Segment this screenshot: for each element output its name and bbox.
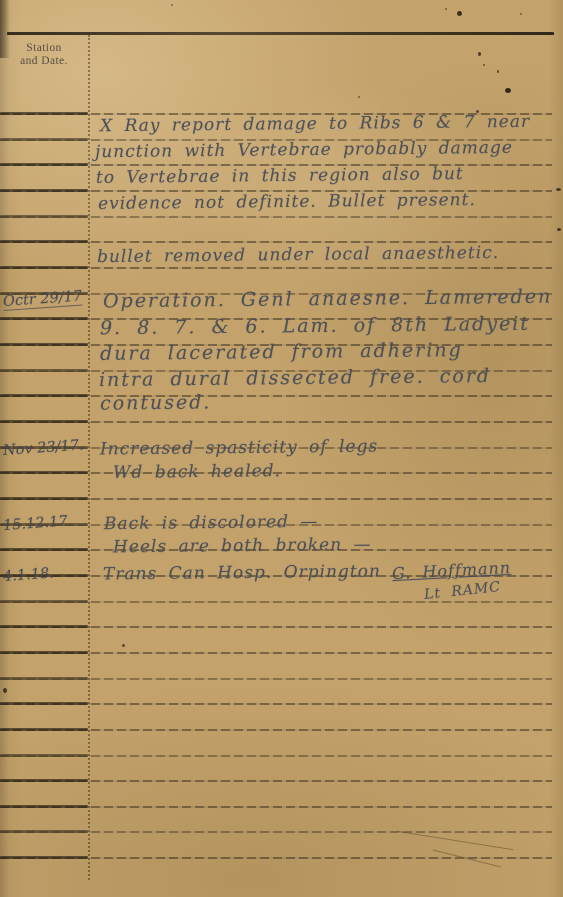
handwritten-line: Operation. Genl anaesne. Lamereden bbox=[103, 286, 552, 313]
ink-speck bbox=[171, 4, 173, 6]
handwritten-line: to Vertebrae in this region also but bbox=[96, 164, 464, 188]
scratch-mark bbox=[397, 831, 514, 850]
handwritten-line: contused. bbox=[100, 391, 212, 414]
ruled-line bbox=[0, 652, 552, 654]
column-header-station-and-date: Station and Date. bbox=[0, 42, 88, 68]
ink-speck bbox=[457, 11, 462, 16]
handwritten-line: Wd back healed. bbox=[113, 461, 281, 483]
ruled-line bbox=[0, 831, 552, 833]
handwritten-line: X Ray report damage to Ribs 6 & 7 near bbox=[100, 112, 530, 137]
ruled-line bbox=[0, 780, 552, 782]
handwritten-line: intra dural dissected free. cord bbox=[99, 365, 491, 391]
ink-speck bbox=[497, 70, 499, 73]
ink-speck bbox=[445, 8, 447, 10]
ink-speck bbox=[556, 188, 561, 191]
ink-speck bbox=[3, 688, 7, 693]
date-column-divider bbox=[88, 35, 90, 880]
handwritten-line: Increased spasticity of legs bbox=[100, 437, 378, 460]
ruled-line bbox=[0, 703, 552, 705]
handwritten-line: junction with Vertebrae probably damage bbox=[95, 138, 513, 162]
entry-date: 15.12.17. bbox=[3, 512, 90, 534]
ruled-line bbox=[0, 806, 552, 808]
handwritten-line: 9. 8. 7. & 6. Lam. of 8th Ladyeit bbox=[100, 313, 530, 340]
ink-speck bbox=[122, 644, 125, 647]
ruled-line bbox=[0, 626, 552, 628]
handwritten-line: bullet removed under local anaesthetic. bbox=[97, 243, 499, 267]
entry-date: Nov 23/17. bbox=[3, 437, 90, 459]
handwritten-line: Back is discolored — bbox=[104, 512, 319, 534]
handwritten-line: Heels are both broken — bbox=[113, 535, 372, 558]
handwritten-line: evidence not definite. Bullet present. bbox=[98, 190, 476, 214]
ruled-line bbox=[0, 729, 552, 731]
signature-rank: Lt RAMC bbox=[423, 579, 501, 603]
ruled-line bbox=[0, 601, 552, 603]
ruled-line bbox=[0, 216, 552, 218]
ink-speck bbox=[505, 88, 511, 93]
column-header-line1: Station bbox=[0, 42, 88, 55]
entry-date: 4.1.18. bbox=[3, 563, 90, 585]
ruled-line bbox=[0, 395, 552, 397]
ledger-page: Station and Date. X Ray report damage to… bbox=[0, 0, 563, 897]
ruled-line bbox=[0, 421, 552, 423]
handwritten-line: Trans Can Hosp. Orpington bbox=[103, 562, 381, 585]
ink-speck bbox=[557, 228, 561, 231]
ink-speck bbox=[520, 13, 522, 15]
ruled-line bbox=[0, 755, 552, 757]
column-header-line2: and Date. bbox=[0, 55, 88, 68]
ruled-line bbox=[0, 678, 552, 680]
handwritten-line: dura lacerated from adhering bbox=[100, 339, 463, 365]
ink-speck bbox=[483, 64, 485, 66]
ruled-line bbox=[0, 267, 552, 269]
ink-speck bbox=[358, 96, 360, 98]
ruled-line bbox=[0, 498, 552, 500]
ink-speck bbox=[478, 52, 481, 56]
